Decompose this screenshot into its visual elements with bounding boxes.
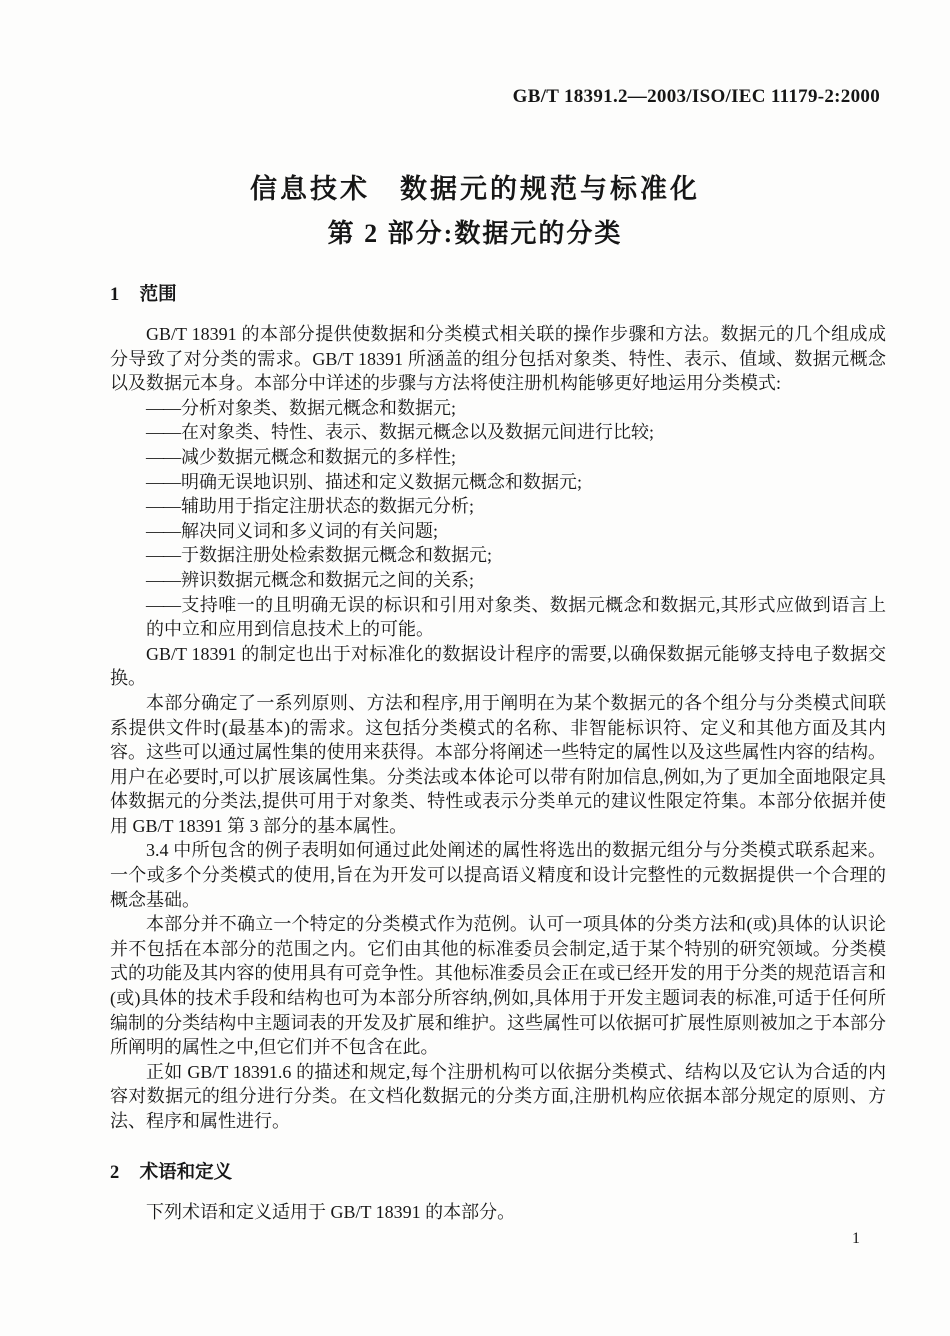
list-item: ——辨识数据元概念和数据元之间的关系; — [110, 568, 886, 593]
standard-designation-header: GB/T 18391.2—2003/ISO/IEC 11179-2:2000 — [513, 86, 880, 108]
page-number: 1 — [852, 1230, 860, 1248]
list-item: ——支持唯一的且明确无误的标识和引用对象类、数据元概念和数据元,其形式应做到语言… — [110, 593, 886, 642]
document-content: 1范围GB/T 18391 的本部分提供使数据和分类模式相关联的操作步骤和方法。… — [110, 283, 886, 1224]
paragraph: GB/T 18391 的本部分提供使数据和分类模式相关联的操作步骤和方法。数据元… — [110, 322, 886, 396]
paragraph: 下列术语和定义适用于 GB/T 18391 的本部分。 — [110, 1200, 886, 1225]
document-title-line2: 第 2 部分:数据元的分类 — [85, 213, 865, 250]
document-title: 信息技术 数据元的规范与标准化 第 2 部分:数据元的分类 — [85, 167, 865, 250]
paragraph: 3.4 中所包含的例子表明如何通过此处阐述的属性将选出的数据元组分与分类模式联系… — [110, 838, 886, 912]
list-item: ——明确无误地识别、描述和定义数据元概念和数据元; — [110, 470, 886, 495]
list-item-dash: —— — [146, 422, 180, 442]
list-item: ——在对象类、特性、表示、数据元概念以及数据元间进行比较; — [110, 420, 886, 445]
list-item: ——解决同义词和多义词的有关问题; — [110, 519, 886, 544]
list-item-dash: —— — [146, 570, 180, 590]
list-item-dash: —— — [146, 595, 180, 615]
paragraph: 本部分并不确立一个特定的分类模式作为范例。认可一项具体的分类方法和(或)具体的认… — [110, 912, 886, 1060]
section-number: 2 — [110, 1161, 119, 1185]
document-title-line1: 信息技术 数据元的规范与标准化 — [85, 167, 865, 206]
list-item-dash: —— — [146, 398, 180, 418]
list-item-dash: —— — [146, 447, 180, 467]
list-item-dash: —— — [146, 521, 180, 541]
list-item-dash: —— — [146, 496, 180, 516]
section-heading: 1范围 — [110, 283, 886, 307]
scanned-document-page: GB/T 18391.2—2003/ISO/IEC 11179-2:2000 信… — [0, 0, 950, 1336]
paragraph: 本部分确定了一系列原则、方法和程序,用于阐明在为某个数据元的各个组分与分类模式间… — [110, 691, 886, 839]
list-item: ——于数据注册处检索数据元概念和数据元; — [110, 543, 886, 568]
list-item: ——分析对象类、数据元概念和数据元; — [110, 396, 886, 421]
paragraph: GB/T 18391 的制定也出于对标准化的数据设计程序的需要,以确保数据元能够… — [110, 642, 886, 691]
list-item-dash: —— — [146, 472, 180, 492]
section-heading: 2术语和定义 — [110, 1161, 886, 1185]
section-heading-text: 范围 — [140, 285, 177, 305]
paragraph: 正如 GB/T 18391.6 的描述和规定,每个注册机构可以依据分类模式、结构… — [110, 1060, 886, 1134]
section-heading-text: 术语和定义 — [140, 1163, 233, 1183]
list-item: ——辅助用于指定注册状态的数据元分析; — [110, 494, 886, 519]
section-number: 1 — [110, 283, 119, 307]
list-item-dash: —— — [146, 545, 180, 565]
list-item: ——减少数据元概念和数据元的多样性; — [110, 445, 886, 470]
